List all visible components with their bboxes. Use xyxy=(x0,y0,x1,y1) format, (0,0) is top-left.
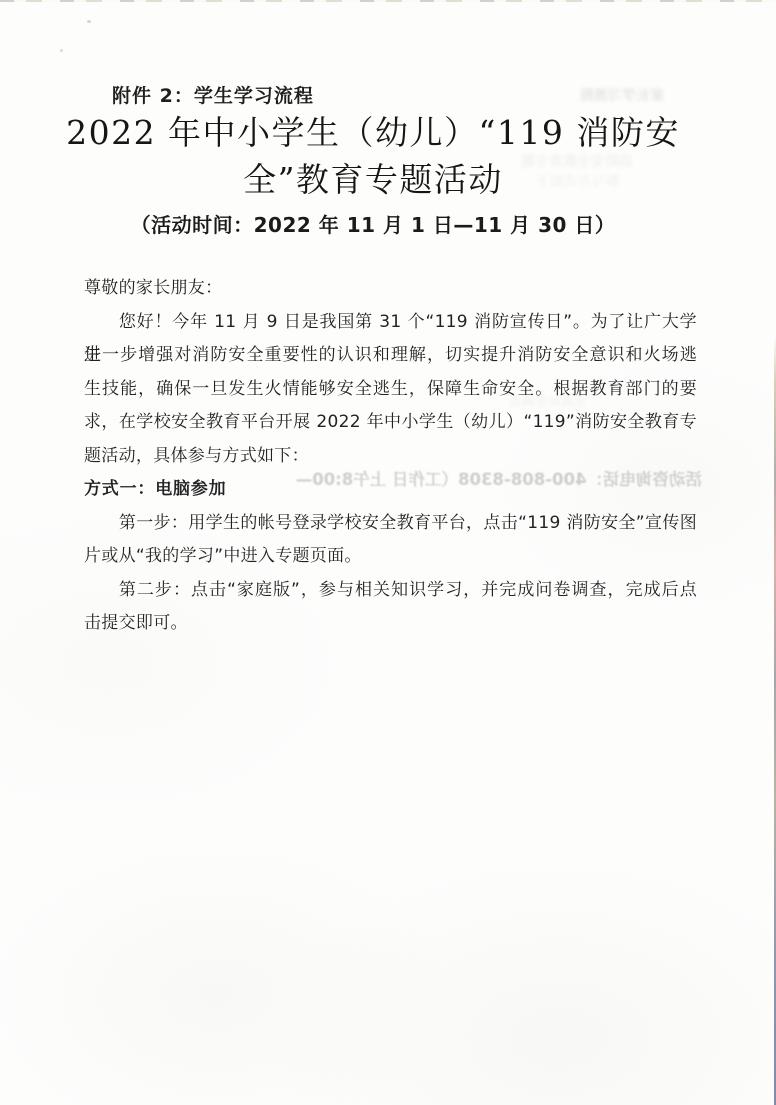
body-line: 进一步增强对消防安全重要性的认识和理解，切实提升消防安全意识和火场逃 xyxy=(84,339,697,373)
step2-line2: 击提交即可。 xyxy=(84,607,697,641)
salutation: 尊敬的家长朋友： xyxy=(84,272,697,306)
step1-line1: 第一步：用学生的帐号登录学校安全教育平台，点击“119 消防安全”宣传图 xyxy=(84,507,697,541)
scan-edge-top xyxy=(0,0,776,2)
document-title: 2022 年中小学生（幼儿）“119 消防安 全”教育专题活动 （活动时间：20… xyxy=(64,109,682,238)
body-line: 求，在学校安全教育平台开展 2022 年中小学生（幼儿）“119”消防安全教育专 xyxy=(84,406,697,440)
activity-period: （活动时间：2022 年 11 月 1 日—11 月 30 日） xyxy=(64,212,682,238)
body-line: 您好！今年 11 月 9 日是我国第 31 个“119 消防宣传日”。为了让广大… xyxy=(84,306,697,340)
scanned-page: 家长学习流程 消防安全教育专题 参与方式如下 完成问卷调查 活动咨询电话：400… xyxy=(0,0,776,1105)
method-heading: 方式一：电脑参加 xyxy=(84,473,697,507)
document-title-line1: 2022 年中小学生（幼儿）“119 消防安 xyxy=(64,109,682,156)
letter-body: 尊敬的家长朋友： 您好！今年 11 月 9 日是我国第 31 个“119 消防宣… xyxy=(84,272,697,641)
scan-speck xyxy=(60,49,63,52)
scan-speck xyxy=(87,20,91,23)
bleedthrough-text: 家长学习流程 xyxy=(524,85,664,105)
document-title-line2: 全”教育专题活动 xyxy=(64,156,682,203)
step1-line2: 片或从“我的学习”中进入专题页面。 xyxy=(84,540,697,574)
body-line: 题活动，具体参与方式如下： xyxy=(84,440,697,474)
attachment-label: 附件 2：学生学习流程 xyxy=(112,81,314,108)
body-line: 生技能，确保一旦发生火情能够安全逃生，保障生命安全。根据教育部门的要 xyxy=(84,373,697,407)
step2-line1: 第二步：点击“家庭版”，参与相关知识学习，并完成问卷调查，完成后点 xyxy=(84,574,697,608)
